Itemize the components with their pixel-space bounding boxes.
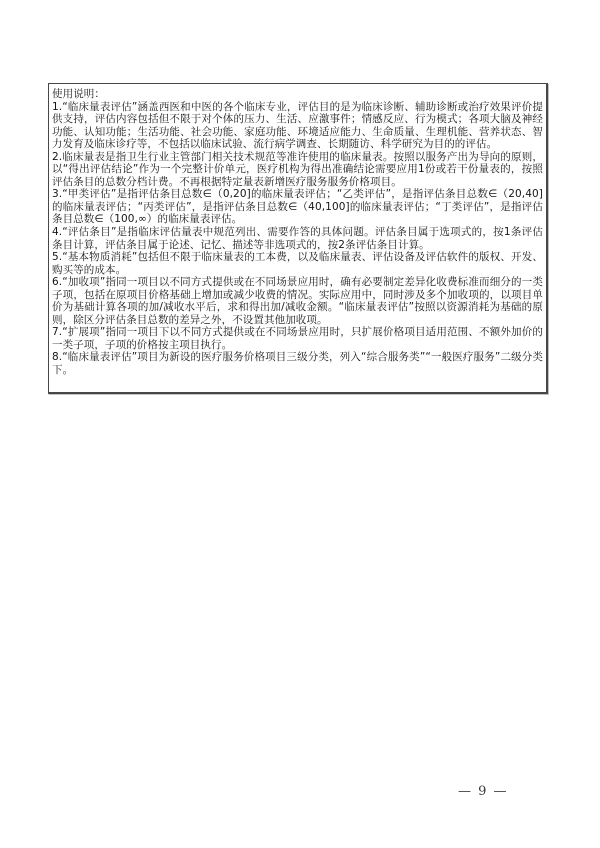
instruction-item-7: 7.“扩展项”指同一项目下以不同方式提供或在不同场景应用时，只扩展价格项目适用范…	[52, 326, 543, 351]
document-page: 使用说明： 1.“临床量表评估”涵盖西医和中医的各个临床专业，评估目的是为临床诊…	[0, 0, 600, 848]
instructions-box: 使用说明： 1.“临床量表评估”涵盖西医和中医的各个临床专业，评估目的是为临床诊…	[48, 83, 548, 394]
instructions-title: 使用说明：	[52, 88, 543, 101]
instruction-item-2: 2.临床量表是指卫生行业主管部门相关技术规范等准许使用的临床量表。按照以服务产出…	[52, 151, 543, 189]
instruction-item-3: 3.“甲类评估”是指评估条目总数∈（0,20]的临床量表评估；“乙类评估”，是指…	[52, 188, 543, 226]
instruction-item-8: 8.“临床量表评估”项目为新设的医疗服务价格项目三级分类，列入“综合服务类”“一…	[52, 351, 543, 376]
page-number: — 9 —	[448, 784, 518, 799]
instruction-item-1: 1.“临床量表评估”涵盖西医和中医的各个临床专业，评估目的是为临床诊断、辅助诊断…	[52, 101, 543, 151]
instruction-item-5: 5.“基本物质消耗”包括但不限于临床量表的工本费，以及临床量表、评估设备及评估软…	[52, 251, 543, 276]
instruction-item-4: 4.“评估条目”是指临床评估量表中规范列出、需要作答的具体问题。评估条目属于选项…	[52, 226, 543, 251]
instruction-item-6: 6.“加收项”指同一项目以不同方式提供或在不同场景应用时，确有必要制定差异化收费…	[52, 276, 543, 326]
